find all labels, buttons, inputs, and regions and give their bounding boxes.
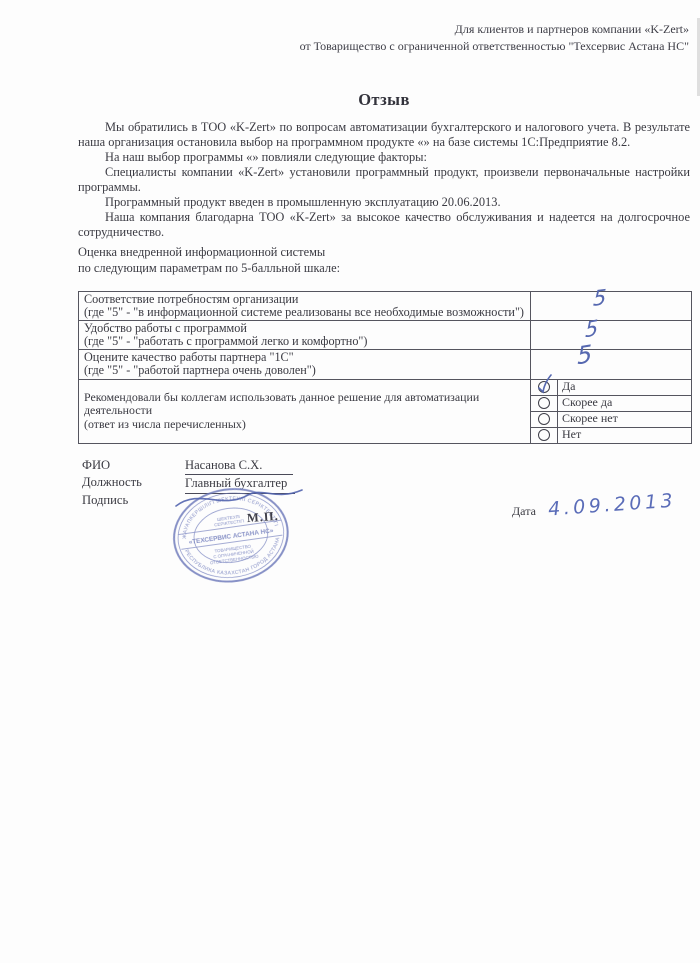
handwritten-signature xyxy=(170,484,310,514)
handwritten-date: 4.09.2013 xyxy=(547,490,676,521)
handwritten-check-icon xyxy=(535,373,555,397)
criterion-note: (где "5" - "в информационной системе реа… xyxy=(84,306,525,320)
rating-intro: Оценка внедренной информационной системы… xyxy=(78,245,340,276)
option-row-yes: Да xyxy=(531,380,691,395)
recommend-question: Рекомендовали бы коллегам использовать д… xyxy=(84,391,525,418)
paragraph-factors: На наш выбор программы «» повлияли следу… xyxy=(78,150,690,165)
recommend-note: (ответ из числа перечисленных) xyxy=(84,418,525,432)
recommend-options: Да Скорее да xyxy=(531,380,691,443)
rating-intro-line2: по следующим параметрам по 5-балльной шк… xyxy=(78,261,340,277)
signature-label: Подпись xyxy=(82,492,142,509)
criterion-note: (где "5" - "работой партнера очень довол… xyxy=(84,364,525,378)
fio-label: ФИО xyxy=(82,457,142,474)
radio-circle-icon xyxy=(538,413,550,425)
signature-labels: ФИО Должность Подпись xyxy=(82,457,142,509)
criterion-note: (где "5" - "работать с программой легко … xyxy=(84,335,525,349)
paragraph-thanks: Наша компания благодарна ТОО «K-Zert» за… xyxy=(78,210,690,240)
criterion-cell: Оцените качество работы партнера "1С" (г… xyxy=(79,350,531,378)
handwritten-score: 5 xyxy=(577,348,592,364)
handwritten-score: 5 xyxy=(585,322,598,338)
document-header: Для клиентов и партнеров компании «K-Zer… xyxy=(300,21,689,54)
radio-circle-icon xyxy=(538,397,550,409)
score-cell: 5 xyxy=(531,350,691,378)
paragraph-launch-date: Программный продукт введен в промышленну… xyxy=(78,195,690,210)
table-row: Удобство работы с программой (где "5" - … xyxy=(79,320,691,349)
radio-cell xyxy=(531,380,558,395)
criterion-cell: Соответствие потребностям организации (г… xyxy=(79,292,531,320)
handwritten-score: 5 xyxy=(593,291,607,306)
paragraph-specialists: Специалисты компании «K-Zert» установили… xyxy=(78,165,690,195)
table-row: Оцените качество работы партнера "1С" (г… xyxy=(79,349,691,378)
recommend-question-cell: Рекомендовали бы коллегам использовать д… xyxy=(79,380,531,443)
rating-intro-line1: Оценка внедренной информационной системы xyxy=(78,245,340,261)
fio-value: Насанова С.Х. xyxy=(185,457,293,475)
scanned-review-document: Для клиентов и партнеров компании «K-Zer… xyxy=(0,0,700,963)
criterion-text: Оцените качество работы партнера "1С" xyxy=(84,351,525,365)
option-label: Да xyxy=(558,380,576,394)
radio-cell xyxy=(531,428,558,443)
option-label: Скорее нет xyxy=(558,412,618,426)
option-row-rather-yes: Скорее да xyxy=(531,395,691,411)
radio-circle-icon xyxy=(538,429,550,441)
option-label: Скорее да xyxy=(558,396,612,410)
stamp-center-text: «ТЕХСЕРВИС АСТАНА НС» xyxy=(188,527,274,546)
option-row-rather-no: Скорее нет xyxy=(531,411,691,427)
score-cell: 5 xyxy=(531,292,691,320)
option-row-no: Нет xyxy=(531,427,691,443)
page-title: Отзыв xyxy=(78,90,690,110)
body-paragraphs: Мы обратились в ТОО «K-Zert» по вопросам… xyxy=(78,120,690,240)
table-row: Соответствие потребностям организации (г… xyxy=(79,292,691,320)
table-row-recommend: Рекомендовали бы коллегам использовать д… xyxy=(79,379,691,443)
header-line-recipient: Для клиентов и партнеров компании «K-Zer… xyxy=(300,21,689,38)
criterion-cell: Удобство работы с программой (где "5" - … xyxy=(79,321,531,349)
radio-cell xyxy=(531,396,558,411)
radio-cell xyxy=(531,412,558,427)
position-label: Должность xyxy=(82,474,142,491)
criterion-text: Соответствие потребностям организации xyxy=(84,293,525,307)
paragraph-intro: Мы обратились в ТОО «K-Zert» по вопросам… xyxy=(78,120,690,150)
criterion-text: Удобство работы с программой xyxy=(84,322,525,336)
rating-table: Соответствие потребностям организации (г… xyxy=(78,291,692,444)
header-line-sender: от Товарищество с ограниченной ответстве… xyxy=(300,38,689,55)
score-cell: 5 xyxy=(531,321,691,349)
option-label: Нет xyxy=(558,428,581,442)
mp-seal-place-label: М.П. xyxy=(247,509,280,526)
date-label: Дата xyxy=(512,504,536,519)
